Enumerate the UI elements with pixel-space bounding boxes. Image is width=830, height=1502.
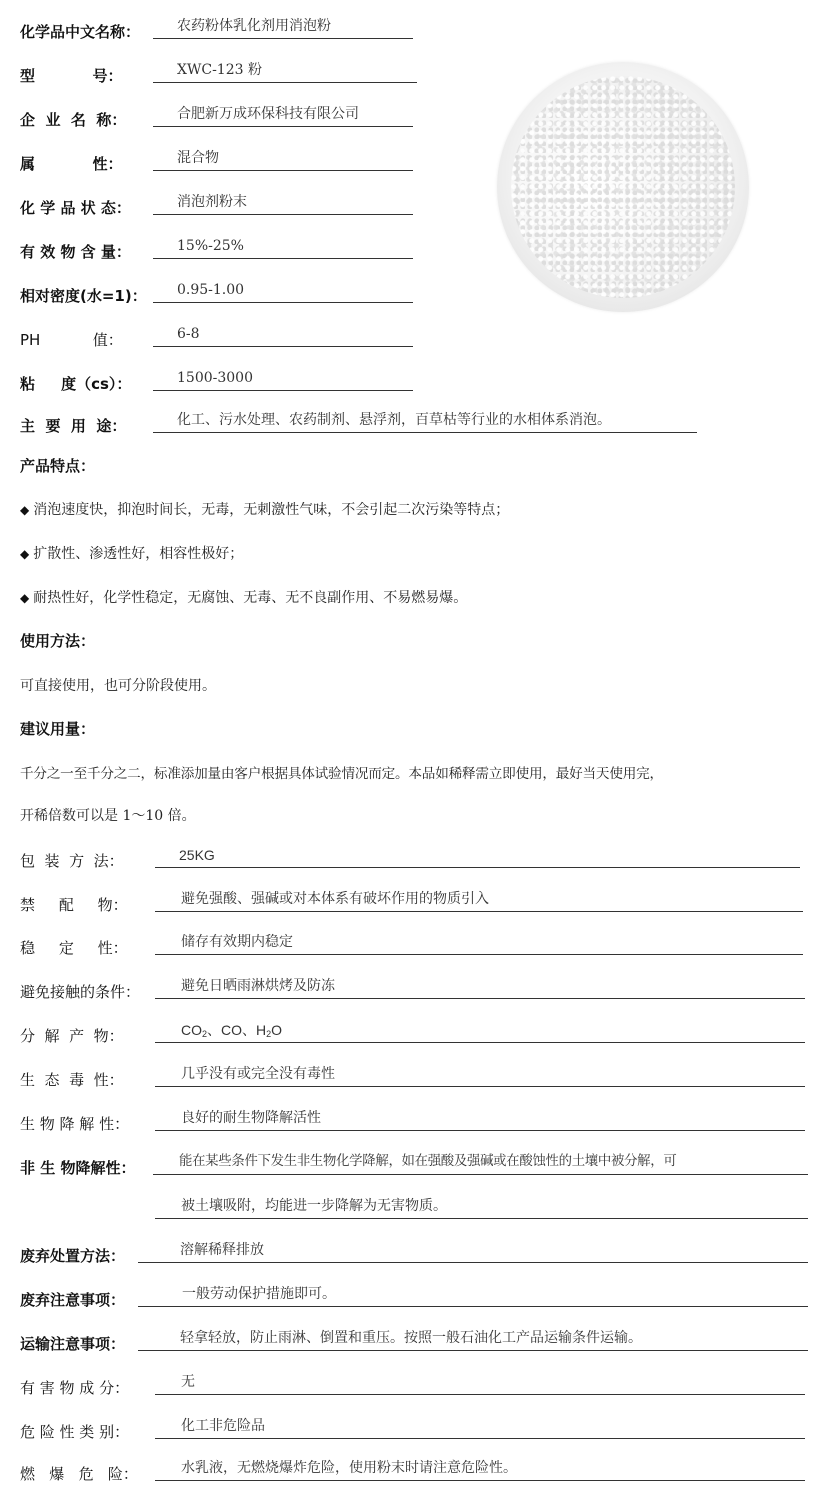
- spec-value-eco-toxicity: 几乎没有或完全没有毒性: [155, 1064, 805, 1087]
- spec-label: 有 效 物 含 量：: [20, 242, 131, 262]
- spec-label: 稳 定 性：: [20, 938, 128, 958]
- spec-row-viscosity: 粘 度（cs）：: [20, 368, 131, 394]
- spec-label: PH 值：: [20, 330, 123, 350]
- diamond-bullet-icon: ◆: [20, 591, 29, 605]
- dosage-text-line1: 千分之一至千分之二，标准添加量由客户根据具体试验情况而定。本品如稀释需立即使用，…: [20, 762, 663, 782]
- dosage-text-line2: 开稀倍数可以是 1～10 倍。: [20, 805, 196, 825]
- spec-row-decomposition: 分 解 产 物：: [20, 1020, 124, 1046]
- spec-label: 相对密度(水=1)：: [20, 286, 147, 306]
- usage-heading: 使用方法：: [20, 630, 95, 651]
- spec-row-company: 企 业 名 称：: [20, 104, 126, 130]
- spec-row-eco-toxicity: 生 态 毒 性：: [20, 1064, 124, 1090]
- spec-value-transport-notes: 轻拿轻放，防止雨淋、倒置和重压。按照一般石油化工产品运输条件运输。: [138, 1328, 808, 1351]
- spec-value-avoid-conditions: 避免日晒雨淋烘烤及防冻: [155, 976, 805, 999]
- spec-row-transport-notes: 运输注意事项：: [20, 1328, 125, 1354]
- spec-row-property: 属 性：: [20, 148, 122, 174]
- feature-item: ◆扩散性、渗透性好，相容性极好；: [20, 543, 243, 563]
- dosage-heading: 建议用量：: [20, 718, 95, 739]
- spec-row-disposal-notes: 废弃注意事项：: [20, 1284, 125, 1310]
- spec-label: 避免接触的条件：: [20, 982, 140, 1002]
- spec-row-hazard-class: 危 险 性 类 别：: [20, 1416, 129, 1442]
- powder-texture: [511, 76, 735, 298]
- spec-value-viscosity: 1500-3000: [153, 368, 413, 391]
- spec-row-hazardous-components: 有 害 物 成 分：: [20, 1372, 129, 1398]
- spec-row-incompatible: 禁 配 物：: [20, 889, 128, 915]
- spec-value-density: 0.95-1.00: [153, 280, 413, 303]
- spec-label: 非 生 物降解性：: [20, 1158, 135, 1178]
- spec-value-abiotic-degradation-cont: 被土壤吸附，均能进一步降解为无害物质。: [155, 1196, 808, 1219]
- spec-value-packaging: 25KG: [155, 845, 800, 868]
- spec-value-chinese-name: 农药粉体乳化剂用消泡粉: [153, 16, 413, 39]
- spec-label: 型 号：: [20, 66, 122, 86]
- spec-label: 化学品中文名称：: [20, 22, 140, 42]
- spec-label: 有 害 物 成 分：: [20, 1378, 129, 1398]
- spec-value-ph: 6-8: [153, 324, 413, 347]
- spec-label: 分 解 产 物：: [20, 1026, 124, 1046]
- spec-value-active-content: 15%-25%: [153, 236, 413, 259]
- spec-label: 粘 度（cs）：: [20, 374, 131, 394]
- spec-label: 生 物 降 解 性：: [20, 1114, 129, 1134]
- spec-row-main-use: 主 要 用 途：: [20, 410, 126, 436]
- features-heading: 产品特点：: [20, 455, 95, 476]
- spec-row-density: 相对密度(水=1)：: [20, 280, 147, 306]
- spec-value-abiotic-degradation: 能在某些条件下发生非生物化学降解，如在强酸及强碱或在酸蚀性的土壤中被分解，可: [153, 1152, 808, 1175]
- usage-text: 可直接使用，也可分阶段使用。: [20, 675, 216, 695]
- product-powder-image: [497, 62, 749, 312]
- spec-row-biodegradability: 生 物 降 解 性：: [20, 1108, 129, 1134]
- spec-label: 废弃处置方法：: [20, 1246, 125, 1266]
- spec-value-disposal-notes: 一般劳动保护措施即可。: [138, 1284, 808, 1307]
- spec-row-avoid-conditions: 避免接触的条件：: [20, 976, 140, 1002]
- spec-label: 属 性：: [20, 154, 122, 174]
- spec-label: 包 装 方 法：: [20, 851, 124, 871]
- spec-label: 燃 爆 危 险：: [20, 1464, 138, 1484]
- spec-row-ph: PH 值：: [20, 324, 123, 350]
- spec-value-hazard-class: 化工非危险品: [155, 1416, 805, 1439]
- spec-value-model: XWC-123 粉: [153, 60, 417, 83]
- spec-row-abiotic-degradation: 非 生 物降解性：: [20, 1152, 135, 1178]
- spec-value-disposal-method: 溶解稀释排放: [138, 1240, 808, 1263]
- spec-value-property: 混合物: [153, 148, 413, 171]
- spec-label: 生 态 毒 性：: [20, 1070, 124, 1090]
- spec-label: 危 险 性 类 别：: [20, 1422, 129, 1442]
- spec-row-packaging: 包 装 方 法：: [20, 845, 124, 871]
- spec-label: 化 学 品 状 态：: [20, 198, 131, 218]
- feature-item: ◆耐热性好，化学性稳定，无腐蚀、无毒、无不良副作用、不易燃易爆。: [20, 587, 467, 607]
- spec-label: 主 要 用 途：: [20, 416, 126, 436]
- spec-value-stability: 储存有效期内稳定: [155, 932, 803, 955]
- spec-value-main-use: 化工、污水处理、农药制剂、悬浮剂，百草枯等行业的水相体系消泡。: [153, 410, 697, 433]
- spec-row-chinese-name: 化学品中文名称：: [20, 16, 140, 42]
- spec-value-fire-explosion-hazard: 水乳液，无燃烧爆炸危险，使用粉末时请注意危险性。: [155, 1458, 805, 1481]
- spec-value-hazardous-components: 无: [155, 1372, 805, 1395]
- spec-label: 废弃注意事项：: [20, 1290, 125, 1310]
- spec-value-decomposition: CO2、CO、H2O: [155, 1020, 805, 1043]
- spec-label: 禁 配 物：: [20, 895, 128, 915]
- spec-row-model: 型 号：: [20, 60, 122, 86]
- spec-row-stability: 稳 定 性：: [20, 932, 128, 958]
- spec-value-biodegradability: 良好的耐生物降解活性: [155, 1108, 805, 1131]
- spec-label: 运输注意事项：: [20, 1334, 125, 1354]
- spec-row-state: 化 学 品 状 态：: [20, 192, 131, 218]
- feature-item: ◆消泡速度快，抑泡时间长，无毒，无刺激性气味，不会引起二次污染等特点；: [20, 499, 509, 519]
- spec-value-state: 消泡剂粉末: [153, 192, 413, 215]
- spec-value-company: 合肥新万成环保科技有限公司: [153, 104, 413, 127]
- spec-row-active-content: 有 效 物 含 量：: [20, 236, 131, 262]
- spec-value-incompatible: 避免强酸、强碱或对本体系有破坏作用的物质引入: [155, 889, 803, 912]
- spec-row-disposal-method: 废弃处置方法：: [20, 1240, 125, 1266]
- spec-label: 企 业 名 称：: [20, 110, 126, 130]
- spec-row-fire-explosion-hazard: 燃 爆 危 险：: [20, 1458, 138, 1484]
- diamond-bullet-icon: ◆: [20, 547, 29, 561]
- diamond-bullet-icon: ◆: [20, 503, 29, 517]
